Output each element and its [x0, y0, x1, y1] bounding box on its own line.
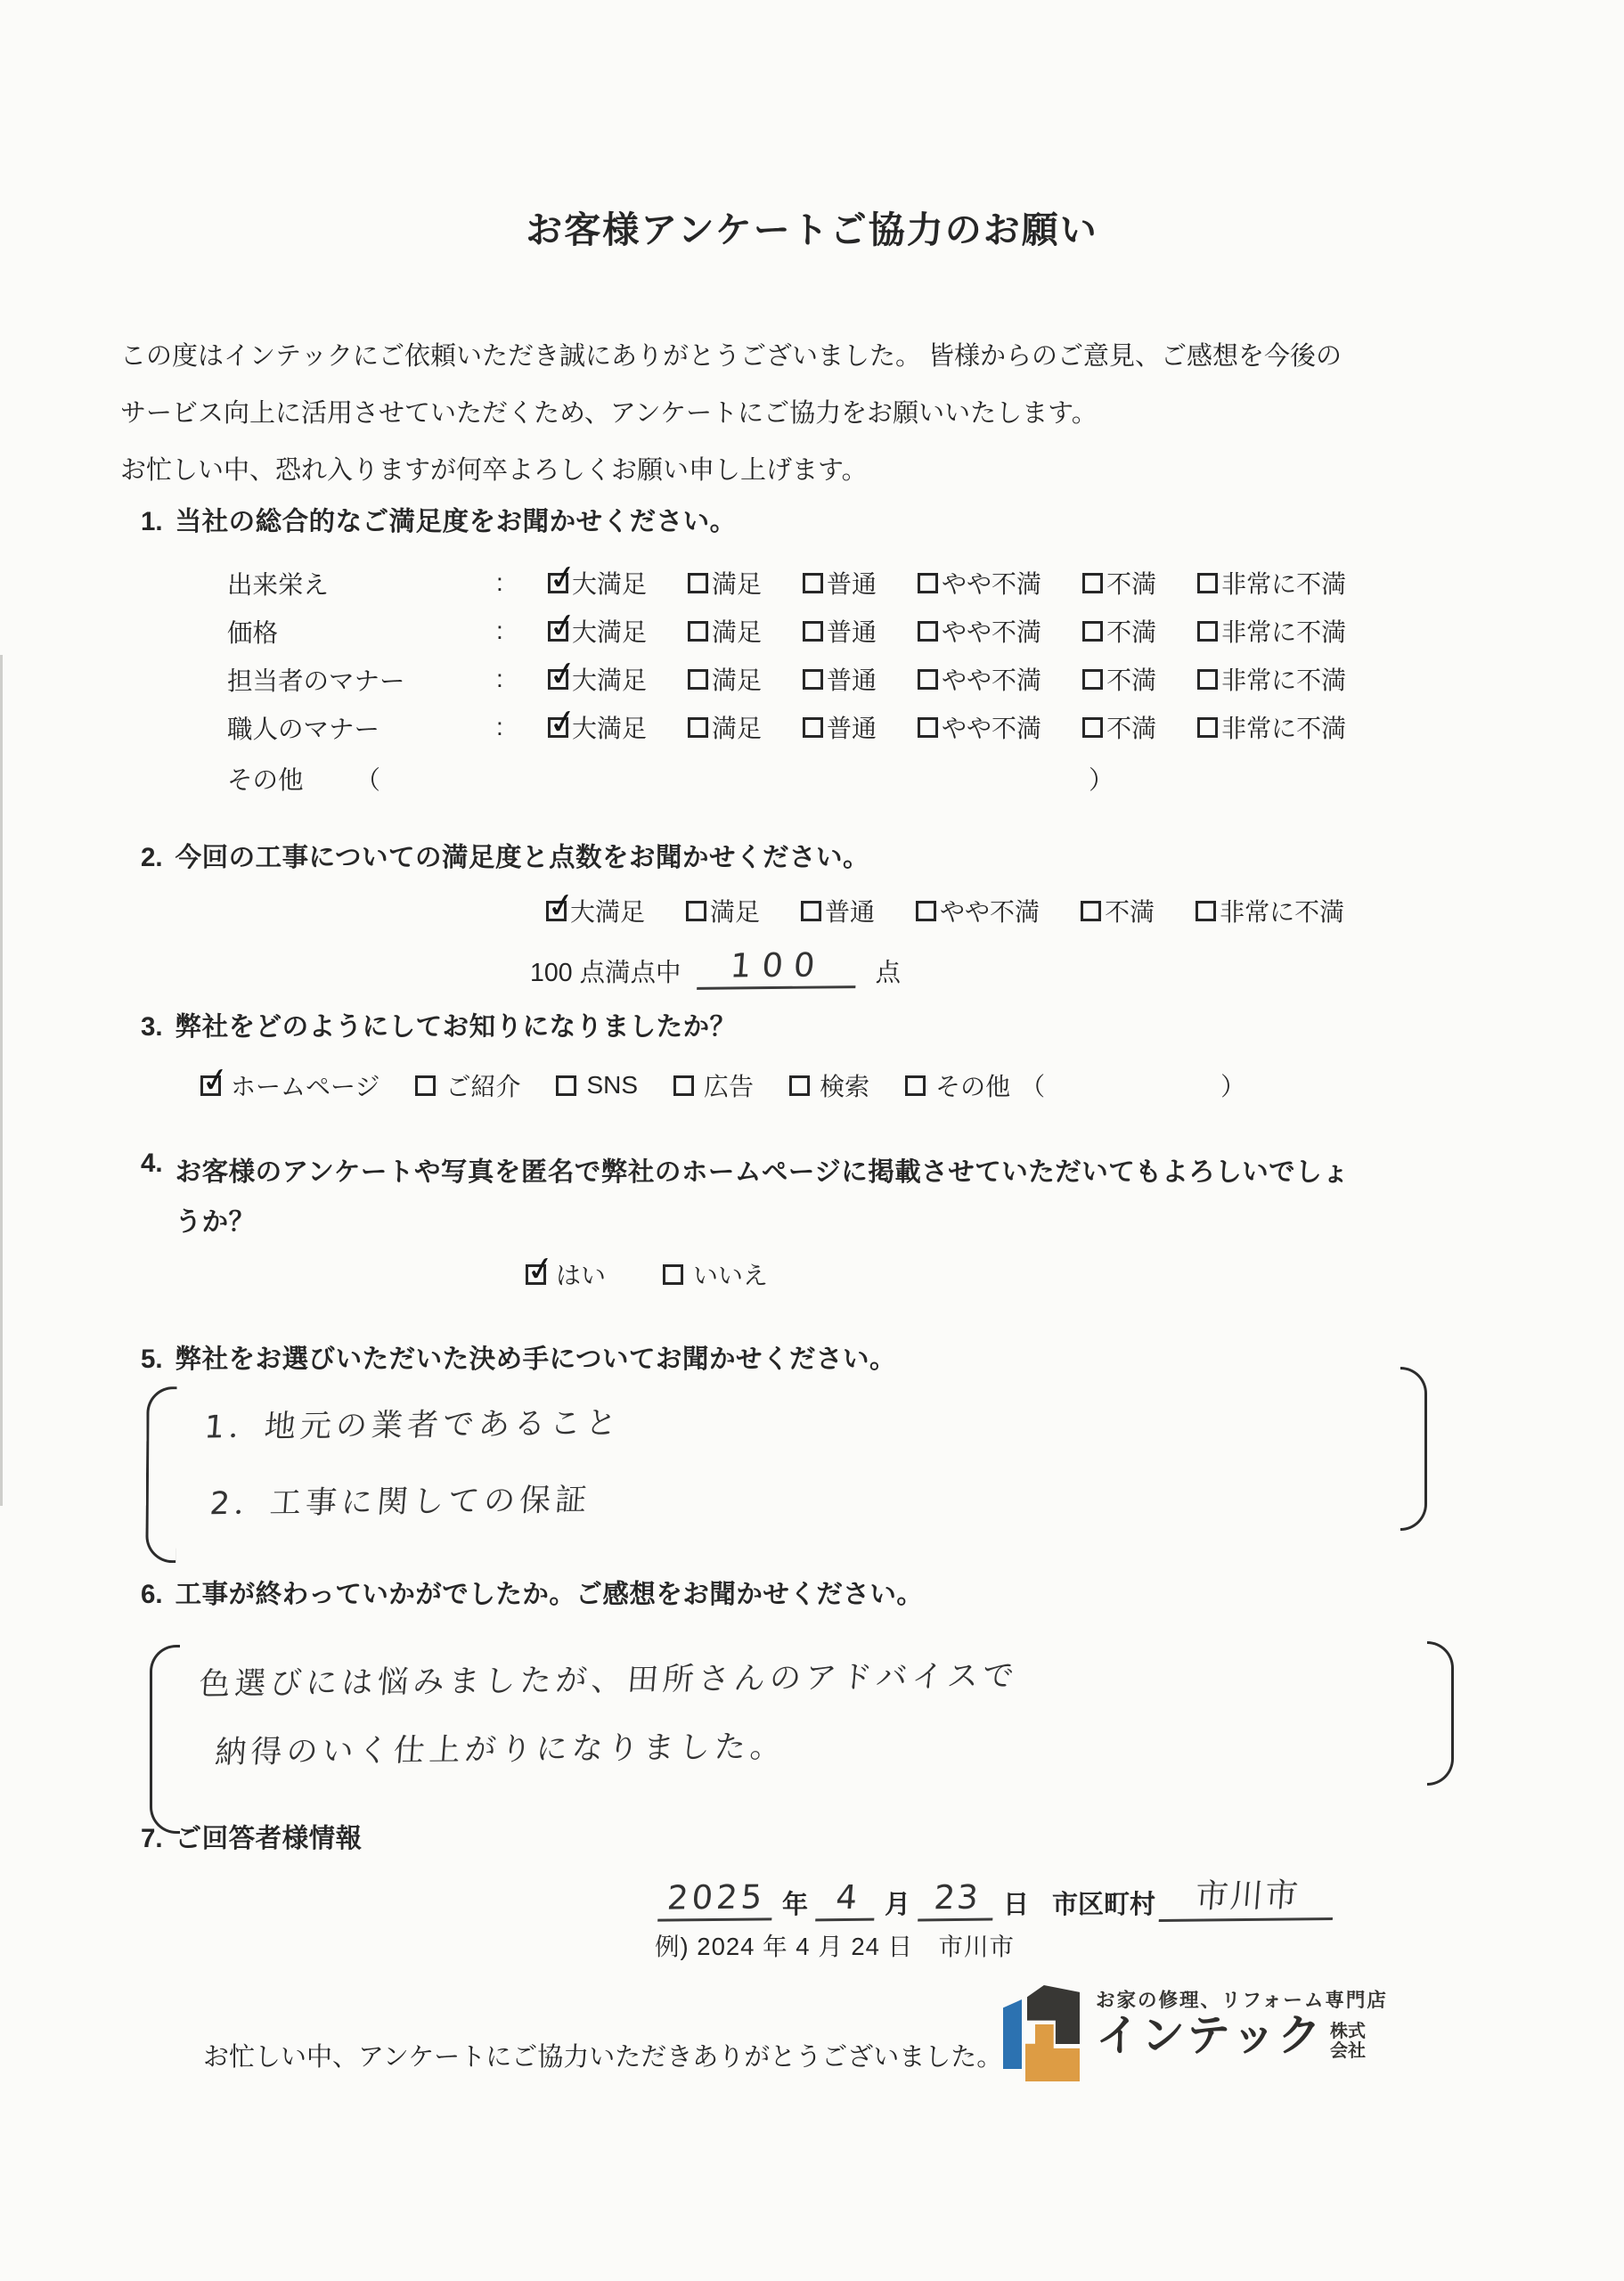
scan-artifact-line — [0, 655, 3, 1506]
score-prefix: 100 点満点中 — [530, 952, 681, 989]
question-3-how-did-you-learn: 3. 弊社をどのようにしてお知りになりましたか？ ✓ホームページ ご紹介 SNS… — [141, 1011, 1245, 1103]
company-name: インテック — [1096, 2013, 1323, 2061]
option-label: 非常に不満 — [1221, 613, 1346, 649]
rating-row-workmanship: 出来栄え : ✓大満足 満足 普通 やや不満 不満 非常に不満 — [227, 559, 1346, 607]
checkbox-somewhat-dissatisfied — [918, 717, 938, 738]
suffix-line: 会社 — [1330, 2041, 1366, 2061]
option-label: 大満足 — [572, 565, 647, 601]
option-yes: ✓はい — [526, 1256, 606, 1292]
option-label: 非常に不満 — [1221, 565, 1346, 601]
option-label: 不満 — [1106, 613, 1156, 649]
handwritten-month: 4 — [815, 1878, 877, 1922]
checkbox-no — [663, 1264, 683, 1285]
row-label: その他 — [227, 760, 304, 797]
option-label: いいえ — [693, 1256, 768, 1292]
option-neutral: 普通 — [803, 613, 877, 649]
question-number: 4. — [141, 1148, 163, 1247]
checkbox-referral — [415, 1075, 436, 1096]
option-label: 非常に不満 — [1220, 893, 1344, 928]
handwritten-answer-line: 1．地元の業者であること — [203, 1399, 624, 1448]
checkbox-neutral — [801, 901, 821, 921]
check-mark-icon: ✓ — [525, 1250, 558, 1288]
checkbox-very-satisfied: ✓ — [546, 901, 567, 921]
question-text: 工事が終わっていかがでしたか。ご感想をお聞かせください。 — [175, 1579, 924, 1610]
closing-thanks-text: お忙しい中、アンケートにご協力いただきありがとうございました。 — [203, 2037, 1002, 2073]
handwritten-year: 2025 — [657, 1878, 775, 1922]
house-logo-icon — [1003, 1985, 1081, 2085]
option-very-satisfied: ✓大満足 — [548, 709, 647, 745]
option-satisfied: 満足 — [688, 613, 762, 649]
rating-row-other: その他 （ ） — [227, 760, 1346, 797]
checkbox-homepage: ✓ — [200, 1075, 221, 1096]
question-4-publish-permission: 4. お客様のアンケートや写真を匿名で弊社のホームページに掲載させていただいても… — [141, 1148, 1351, 1292]
option-satisfied: 満足 — [688, 661, 762, 697]
checkbox-satisfied — [686, 901, 706, 921]
checkbox-dissatisfied — [1081, 901, 1101, 921]
option-label: SNS — [586, 1071, 638, 1100]
option-very-satisfied: ✓大満足 — [546, 893, 645, 928]
question-3-heading: 3. 弊社をどのようにしてお知りになりましたか？ — [141, 1011, 1245, 1042]
row-label: 職人のマナー — [227, 709, 496, 746]
checkbox-dissatisfied — [1082, 573, 1103, 593]
option-label: やや不満 — [942, 565, 1041, 601]
checkbox-very-dissatisfied — [1197, 669, 1218, 690]
row-colon: : — [496, 713, 548, 741]
option-neutral: 普通 — [803, 709, 877, 745]
year-unit-label: 年 — [779, 1884, 812, 1921]
score-line: 100 点満点中 100 点 — [530, 946, 1344, 989]
option-dissatisfied: 不満 — [1082, 565, 1156, 601]
option-dissatisfied: 不満 — [1081, 893, 1155, 928]
logo-tagline: お家の修理、リフォーム専門店 — [1096, 1985, 1388, 2013]
option-very-dissatisfied: 非常に不満 — [1197, 709, 1346, 745]
checkbox-satisfied — [688, 669, 708, 690]
handwritten-bracket-left — [150, 1645, 180, 1834]
option-neutral: 普通 — [803, 565, 877, 601]
intro-line: サービス向上に活用させていただくため、アンケートにご協力をお願いいたします。 — [120, 385, 1342, 442]
check-mark-icon: ✓ — [200, 1062, 233, 1100]
option-label: 検索 — [820, 1067, 869, 1103]
option-very-satisfied: ✓大満足 — [548, 565, 647, 601]
checkbox-satisfied — [688, 621, 708, 642]
question-text: 弊社をどのようにしてお知りになりましたか？ — [175, 1011, 737, 1042]
question-2-heading: 2. 今回の工事についての満足度と点数をお聞かせください。 — [141, 842, 1344, 873]
option-label: 普通 — [827, 565, 877, 601]
question-7-respondent-info: 7. ご回答者様情報 2025 年 4 月 23 日 市区町村 市川市 例) 2… — [141, 1823, 1334, 1962]
checkbox-very-satisfied: ✓ — [548, 669, 568, 690]
score-suffix: 点 — [875, 952, 901, 989]
handwritten-answer-line: 2．工事に関しての保証 — [208, 1476, 592, 1524]
option-label: 満足 — [712, 709, 762, 745]
option-label: その他 — [935, 1067, 1010, 1103]
option-label: 満足 — [712, 661, 762, 697]
date-example-text: 例) 2024 年 4 月 24 日 市川市 — [655, 1926, 1334, 1962]
handwritten-bracket-right — [1427, 1641, 1454, 1786]
question-5-deciding-factor: 5. 弊社をお選びいただいた決め手についてお聞かせください。 1．地元の業者であ… — [141, 1344, 1477, 1575]
close-paren: ） — [1220, 1067, 1245, 1103]
intro-line: この度はインテックにご依頼いただき誠にありがとうございました。 皆様からのご意見… — [120, 328, 1342, 385]
question-text: ご回答者様情報 — [175, 1823, 363, 1854]
question-6-impressions: 6. 工事が終わっていかがでしたか。ご感想をお聞かせください。 色選びには悩みま… — [141, 1579, 1495, 1846]
rating-options: ✓大満足 満足 普通 やや不満 不満 非常に不満 — [548, 565, 1346, 601]
option-label: 大満足 — [570, 893, 645, 928]
company-logo: お家の修理、リフォーム専門店 インテック 株式 会社 — [1003, 1985, 1388, 2085]
checkbox-very-dissatisfied — [1196, 901, 1216, 921]
company-suffix: 株式 会社 — [1330, 2022, 1366, 2061]
option-somewhat-dissatisfied: やや不満 — [918, 661, 1041, 697]
checkbox-dissatisfied — [1082, 669, 1103, 690]
question-5-heading: 5. 弊社をお選びいただいた決め手についてお聞かせください。 — [141, 1344, 1477, 1375]
rating-row-price: 価格 : ✓大満足 満足 普通 やや不満 不満 非常に不満 — [227, 607, 1346, 655]
option-neutral: 普通 — [801, 893, 875, 928]
option-label: 不満 — [1106, 565, 1156, 601]
row-colon: : — [496, 568, 548, 597]
question-7-heading: 7. ご回答者様情報 — [141, 1823, 1334, 1854]
checkbox-very-dissatisfied — [1197, 717, 1218, 738]
row-label: 担当者のマナー — [227, 661, 496, 698]
option-label: 満足 — [712, 565, 762, 601]
source-options: ✓ホームページ ご紹介 SNS 広告 検索 その他（） — [200, 1067, 1245, 1103]
option-very-satisfied: ✓大満足 — [548, 661, 647, 697]
checkbox-dissatisfied — [1082, 717, 1103, 738]
option-label: 不満 — [1106, 661, 1156, 697]
option-very-dissatisfied: 非常に不満 — [1196, 893, 1344, 928]
option-label: やや不満 — [940, 893, 1040, 928]
option-label: 大満足 — [572, 709, 647, 745]
checkbox-other — [905, 1075, 926, 1096]
question-number: 2. — [141, 842, 163, 873]
checkbox-very-dissatisfied — [1197, 573, 1218, 593]
question-text: 今回の工事についての満足度と点数をお聞かせください。 — [175, 842, 869, 873]
logo-text-block: お家の修理、リフォーム専門店 インテック 株式 会社 — [1096, 1985, 1388, 2061]
option-search: 検索 — [789, 1067, 869, 1103]
month-unit-label: 月 — [881, 1884, 914, 1921]
checkbox-neutral — [803, 669, 823, 690]
rating-options: ✓大満足 満足 普通 やや不満 不満 非常に不満 — [546, 893, 1344, 928]
option-label: ホームページ — [231, 1067, 379, 1103]
day-unit-label: 日 — [1000, 1884, 1032, 1921]
rating-row-staff-manner: 担当者のマナー : ✓大満足 満足 普通 やや不満 不満 非常に不満 — [227, 655, 1346, 703]
check-mark-icon: ✓ — [547, 560, 580, 597]
checkbox-advertisement — [673, 1075, 694, 1096]
checkbox-neutral — [803, 717, 823, 738]
check-mark-icon: ✓ — [547, 704, 580, 741]
question-number: 7. — [141, 1823, 163, 1854]
rating-rows: 出来栄え : ✓大満足 満足 普通 やや不満 不満 非常に不満 価格 : ✓大満… — [227, 559, 1346, 751]
option-somewhat-dissatisfied: やや不満 — [916, 893, 1040, 928]
handwritten-bracket-left — [145, 1386, 176, 1563]
question-number: 1. — [141, 506, 163, 537]
option-somewhat-dissatisfied: やや不満 — [918, 613, 1041, 649]
checkbox-satisfied — [688, 717, 708, 738]
option-dissatisfied: 不満 — [1082, 709, 1156, 745]
checkbox-neutral — [803, 621, 823, 642]
option-very-dissatisfied: 非常に不満 — [1197, 565, 1346, 601]
option-label: 普通 — [827, 613, 877, 649]
option-label: 普通 — [827, 661, 877, 697]
response-date-row: 2025 年 4 月 23 日 市区町村 市川市 — [659, 1868, 1334, 1921]
row-label: 価格 — [227, 613, 496, 650]
handwritten-city: 市川市 — [1159, 1868, 1337, 1922]
option-somewhat-dissatisfied: やや不満 — [918, 565, 1041, 601]
option-label: 満足 — [712, 613, 762, 649]
question-text: お客様のアンケートや写真を匿名で弊社のホームページに掲載させていただいてもよろし… — [175, 1148, 1351, 1247]
option-sns: SNS — [556, 1071, 638, 1100]
survey-page: お客様アンケートご協力のお願い この度はインテックにご依頼いただき誠にありがとう… — [0, 0, 1624, 2281]
question-text: 当社の総合的なご満足度をお聞かせください。 — [175, 506, 737, 537]
option-label: 非常に不満 — [1221, 661, 1346, 697]
option-label: 不満 — [1106, 709, 1156, 745]
logo-name-row: インテック 株式 会社 — [1096, 2013, 1388, 2061]
option-very-satisfied: ✓大満足 — [548, 613, 647, 649]
option-label: はい — [556, 1256, 606, 1292]
question-number: 5. — [141, 1344, 163, 1375]
checkbox-very-satisfied: ✓ — [548, 621, 568, 642]
checkbox-somewhat-dissatisfied — [918, 621, 938, 642]
handwritten-answer-line: 納得のいく仕上がりになりました。 — [214, 1722, 788, 1773]
option-dissatisfied: 不満 — [1082, 613, 1156, 649]
handwritten-day: 23 — [918, 1878, 996, 1922]
option-label: 大満足 — [572, 661, 647, 697]
option-label: ご紹介 — [445, 1067, 520, 1103]
page-title: お客様アンケートご協力のお願い — [0, 200, 1624, 253]
checkbox-dissatisfied — [1082, 621, 1103, 642]
checkbox-somewhat-dissatisfied — [916, 901, 936, 921]
option-label: 非常に不満 — [1221, 709, 1346, 745]
option-dissatisfied: 不満 — [1082, 661, 1156, 697]
option-very-dissatisfied: 非常に不満 — [1197, 613, 1346, 649]
option-label: 普通 — [825, 893, 875, 928]
check-mark-icon: ✓ — [545, 887, 578, 925]
intro-line: お忙しい中、恐れ入りますが何卒よろしくお願い申し上げます。 — [120, 442, 1342, 499]
checkbox-neutral — [803, 573, 823, 593]
option-label: 不満 — [1105, 893, 1155, 928]
question-text: 弊社をお選びいただいた決め手についてお聞かせください。 — [175, 1344, 896, 1375]
checkbox-very-satisfied: ✓ — [548, 573, 568, 593]
rating-options: ✓大満足 満足 普通 やや不満 不満 非常に不満 — [548, 661, 1346, 697]
question-number: 3. — [141, 1011, 163, 1042]
option-no: いいえ — [663, 1256, 768, 1292]
option-label: やや不満 — [942, 661, 1041, 697]
option-other: その他（） — [905, 1067, 1245, 1103]
question-6-heading: 6. 工事が終わっていかがでしたか。ご感想をお聞かせください。 — [141, 1579, 1495, 1610]
close-paren: ） — [1089, 760, 1114, 797]
question-2-work-satisfaction: 2. 今回の工事についての満足度と点数をお聞かせください。 ✓大満足 満足 普通… — [141, 842, 1344, 989]
suffix-line: 株式 — [1330, 2022, 1366, 2041]
logo-blue-shape — [1003, 1999, 1022, 2069]
checkbox-search — [789, 1075, 810, 1096]
option-label: やや不満 — [942, 709, 1041, 745]
rating-options: ✓大満足 満足 普通 やや不満 不満 非常に不満 — [548, 613, 1346, 649]
question-1-heading: 1. 当社の総合的なご満足度をお聞かせください。 — [141, 506, 1346, 537]
rating-row-craftsman-manner: 職人のマナー : ✓大満足 満足 普通 やや不満 不満 非常に不満 — [227, 703, 1346, 751]
option-label: 普通 — [827, 709, 877, 745]
handwritten-answer-line: 色選びには悩みましたが、田所さんのアドバイスで — [198, 1651, 1021, 1705]
option-somewhat-dissatisfied: やや不満 — [918, 709, 1041, 745]
yes-no-options: ✓はい いいえ — [526, 1256, 1351, 1292]
checkbox-satisfied — [688, 573, 708, 593]
check-mark-icon: ✓ — [547, 656, 580, 693]
city-label: 市区町村 — [1052, 1884, 1155, 1921]
open-paren: （ — [1020, 1067, 1045, 1103]
checkbox-somewhat-dissatisfied — [918, 669, 938, 690]
intro-paragraph: この度はインテックにご依頼いただき誠にありがとうございました。 皆様からのご意見… — [120, 328, 1342, 499]
row-colon: : — [496, 617, 548, 645]
option-label: 大満足 — [572, 613, 647, 649]
question-1-overall-satisfaction: 1. 当社の総合的なご満足度をお聞かせください。 出来栄え : ✓大満足 満足 … — [141, 506, 1346, 797]
checkbox-yes: ✓ — [526, 1264, 546, 1285]
row-label: 出来栄え — [227, 565, 496, 601]
option-label: 満足 — [710, 893, 760, 928]
question-4-heading: 4. お客様のアンケートや写真を匿名で弊社のホームページに掲載させていただいても… — [141, 1148, 1351, 1247]
row-colon: : — [496, 665, 548, 693]
option-label: やや不満 — [942, 613, 1041, 649]
option-label: 広告 — [704, 1067, 754, 1103]
option-satisfied: 満足 — [688, 709, 762, 745]
handwritten-bracket-right — [1400, 1367, 1427, 1531]
open-paren: （ — [355, 760, 381, 797]
option-satisfied: 満足 — [686, 893, 760, 928]
option-satisfied: 満足 — [688, 565, 762, 601]
option-neutral: 普通 — [803, 661, 877, 697]
checkbox-very-dissatisfied — [1197, 621, 1218, 642]
option-very-dissatisfied: 非常に不満 — [1197, 661, 1346, 697]
rating-options: ✓大満足 満足 普通 やや不満 不満 非常に不満 — [548, 709, 1346, 745]
checkbox-somewhat-dissatisfied — [918, 573, 938, 593]
question-number: 6. — [141, 1579, 163, 1610]
check-mark-icon: ✓ — [547, 608, 580, 645]
option-referral: ご紹介 — [415, 1067, 520, 1103]
option-homepage: ✓ホームページ — [200, 1067, 379, 1103]
score-handwritten-value: 100 — [698, 945, 860, 990]
checkbox-sns — [556, 1075, 576, 1096]
option-advertisement: 広告 — [673, 1067, 754, 1103]
checkbox-very-satisfied: ✓ — [548, 717, 568, 738]
